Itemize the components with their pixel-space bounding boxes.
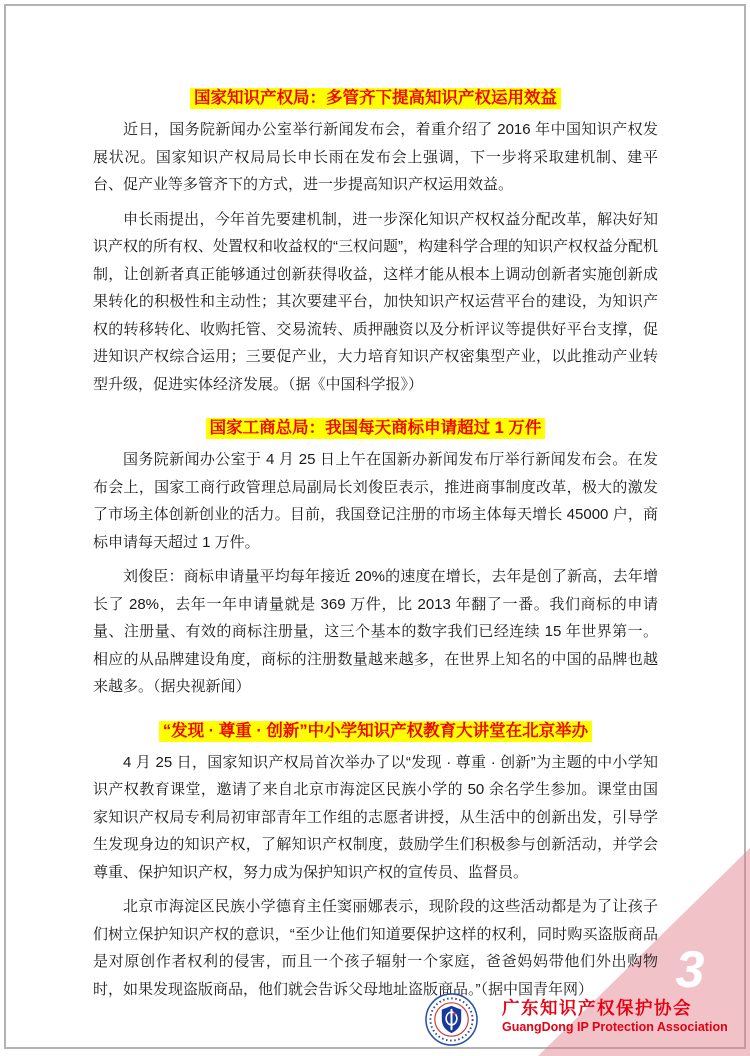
- article-paragraph: 国务院新闻办公室于 4 月 25 日上午在国新办新闻发布厅举行新闻发布会。在发布…: [93, 446, 658, 556]
- article-saic: 国家工商总局：我国每天商标申请超过 1 万件 国务院新闻办公室于 4 月 25 …: [93, 416, 658, 701]
- footer: 广东知识产权保护协会 GuangDong IP Protection Assoc…: [424, 992, 728, 1047]
- association-name-cn: 广东知识产权保护协会: [502, 998, 728, 1018]
- article-heading-highlight: “发现 · 尊重 · 创新”中小学知识产权教育大讲堂在北京举办: [159, 721, 592, 742]
- article-paragraph: 4 月 25 日，国家知识产权局首次举办了以“发现 · 尊重 · 创新”为主题的…: [93, 749, 658, 887]
- association-logo-icon: [424, 992, 479, 1047]
- association-name-en: GuangDong IP Protection Association: [502, 1020, 728, 1035]
- article-heading: “发现 · 尊重 · 创新”中小学知识产权教育大讲堂在北京举办: [93, 719, 658, 743]
- article-paragraph: 近日，国务院新闻办公室举行新闻发布会，着重介绍了 2016 年中国知识产权发展状…: [93, 116, 658, 199]
- article-heading-highlight: 国家工商总局：我国每天商标申请超过 1 万件: [206, 418, 546, 439]
- article-heading: 国家工商总局：我国每天商标申请超过 1 万件: [93, 416, 658, 440]
- article-paragraph: 北京市海淀区民族小学德育主任窦丽娜表示，现阶段的这些活动都是为了让孩子们树立保护…: [93, 893, 658, 1003]
- article-heading-highlight: 国家知识产权局：多管齐下提高知识产权运用效益: [190, 88, 561, 109]
- article-paragraph: 申长雨提出，今年首先要建机制，进一步深化知识产权权益分配改革，解决好知识产权的所…: [93, 206, 658, 399]
- page-content: 国家知识产权局：多管齐下提高知识产权运用效益 近日，国务院新闻办公室举行新闻发布…: [0, 0, 750, 1021]
- article-heading: 国家知识产权局：多管齐下提高知识产权运用效益: [93, 86, 658, 110]
- article-paragraph: 刘俊臣：商标申请量平均每年接近 20%的速度在增长，去年是创了新高，去年增长了 …: [93, 563, 658, 701]
- article-education: “发现 · 尊重 · 创新”中小学知识产权教育大讲堂在北京举办 4 月 25 日…: [93, 719, 658, 1004]
- article-sipo: 国家知识产权局：多管齐下提高知识产权运用效益 近日，国务院新闻办公室举行新闻发布…: [93, 86, 658, 398]
- newsletter-page: { "page": { "number": "3" }, "sections":…: [0, 0, 750, 1056]
- page-number: 3: [660, 944, 720, 996]
